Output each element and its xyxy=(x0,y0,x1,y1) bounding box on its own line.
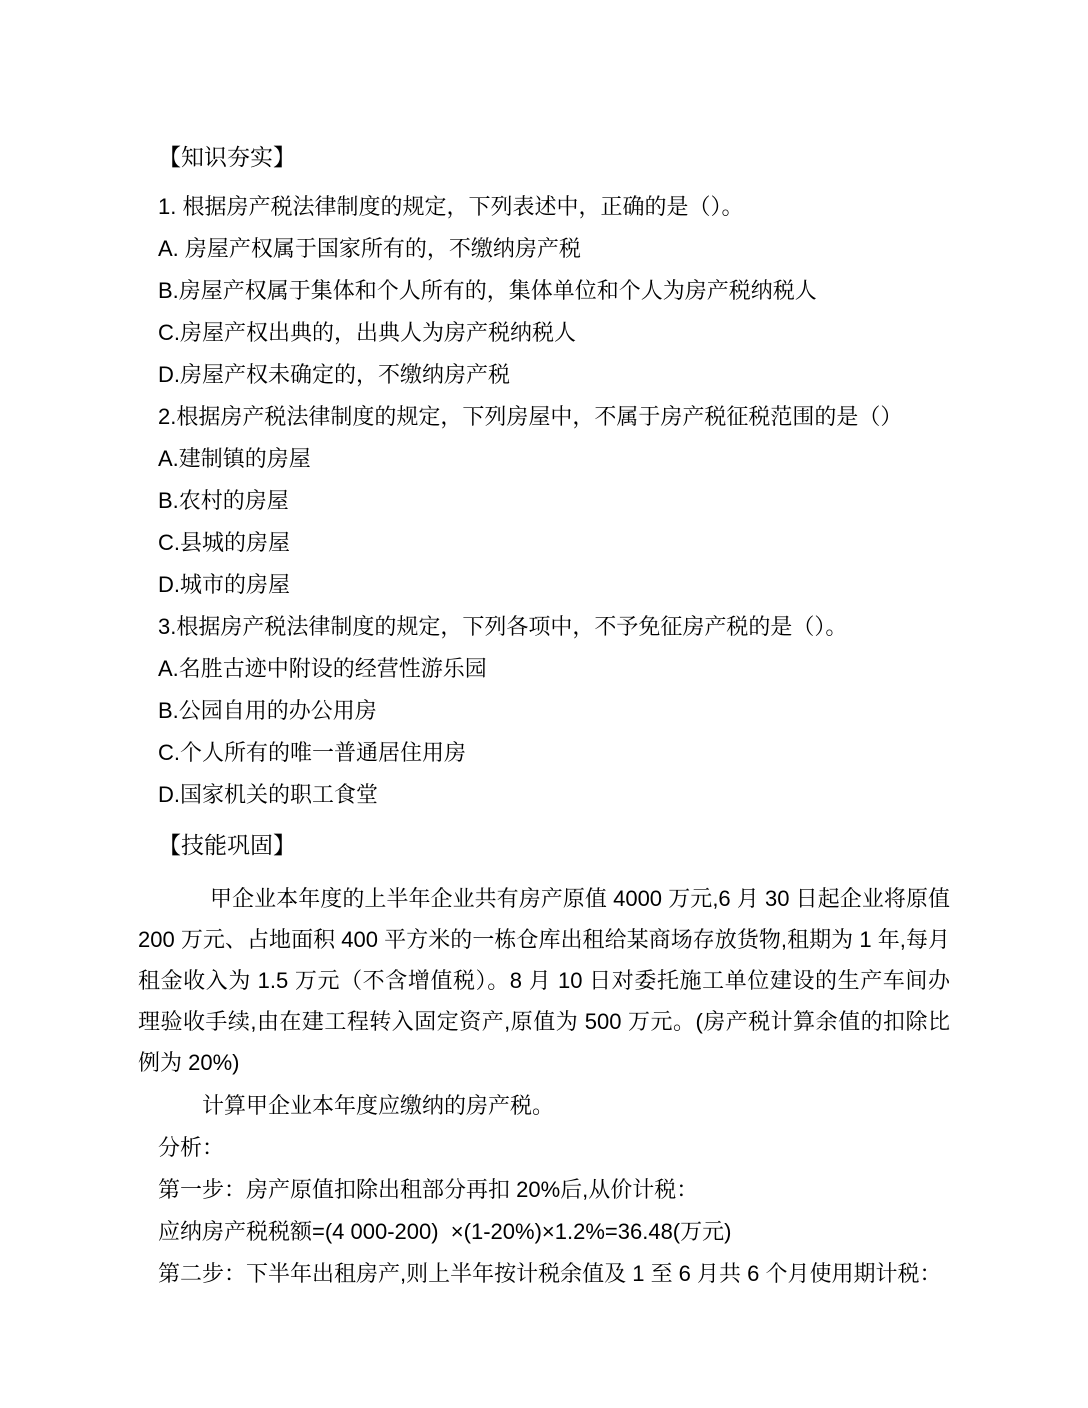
question-2-option-c: C.县城的房屋 xyxy=(158,522,958,564)
question-1-option-d: D.房屋产权未确定的，不缴纳房产税 xyxy=(158,354,958,396)
task-line: 计算甲企业本年度应缴纳的房产税。 xyxy=(158,1085,958,1127)
document-page: 【知识夯实】 1. 根据房产税法律制度的规定，下列表述中，正确的是（）。 A. … xyxy=(0,0,1088,1408)
question-3-option-b: B.公园自用的办公用房 xyxy=(158,690,958,732)
question-1-option-a: A. 房屋产权属于国家所有的，不缴纳房产税 xyxy=(158,228,958,270)
question-1-option-b: B.房屋产权属于集体和个人所有的，集体单位和个人为房产税纳税人 xyxy=(158,270,958,312)
analysis-formula: 应纳房产税税额=(4 000-200) ×(1-20%)×1.2%=36.48(… xyxy=(158,1211,958,1253)
question-2-stem: 2.根据房产税法律制度的规定，下列房屋中，不属于房产税征税范围的是（） xyxy=(158,396,958,438)
problem-paragraph: 甲企业本年度的上半年企业共有房产原值 4000 万元,6 月 30 日起企业将原… xyxy=(138,878,950,1083)
knowledge-section-title: 【知识夯实】 xyxy=(158,136,958,178)
analysis-step-2: 第二步：下半年出租房产,则上半年按计税余值及 1 至 6 月共 6 个月使用期计… xyxy=(158,1253,958,1295)
skill-section-title: 【技能巩固】 xyxy=(158,824,958,866)
document-content: 【知识夯实】 1. 根据房产税法律制度的规定，下列表述中，正确的是（）。 A. … xyxy=(0,0,958,1295)
question-3-option-d: D.国家机关的职工食堂 xyxy=(158,774,958,816)
question-3-option-c: C.个人所有的唯一普通居住用房 xyxy=(158,732,958,774)
question-3-option-a: A.名胜古迹中附设的经营性游乐园 xyxy=(158,648,958,690)
question-2-option-d: D.城市的房屋 xyxy=(158,564,958,606)
question-1-option-c: C.房屋产权出典的，出典人为房产税纳税人 xyxy=(158,312,958,354)
question-2-option-a: A.建制镇的房屋 xyxy=(158,438,958,480)
question-3-stem: 3.根据房产税法律制度的规定，下列各项中，不予免征房产税的是（）。 xyxy=(158,606,958,648)
analysis-step-1: 第一步：房产原值扣除出租部分再扣 20%后,从价计税： xyxy=(158,1169,958,1211)
question-1-stem: 1. 根据房产税法律制度的规定，下列表述中，正确的是（）。 xyxy=(158,186,958,228)
analysis-label: 分析： xyxy=(158,1127,958,1169)
question-2-option-b: B.农村的房屋 xyxy=(158,480,958,522)
